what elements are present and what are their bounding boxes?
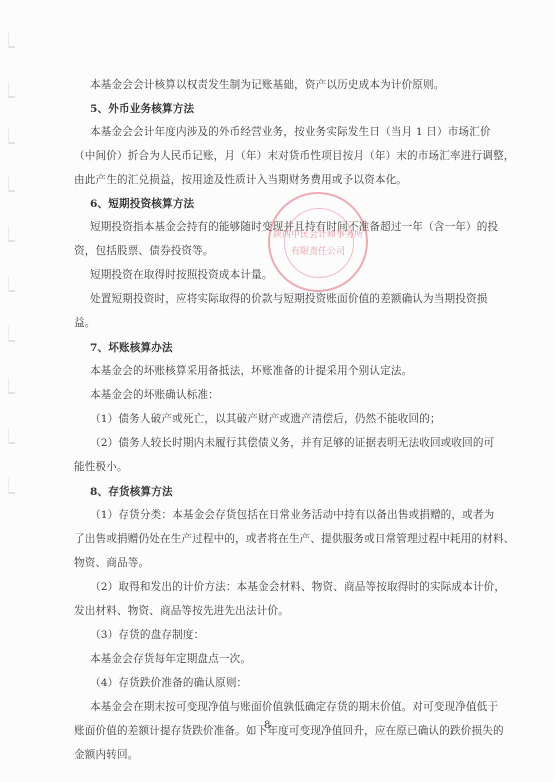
- paragraph-line: 本基金会存货每年定期盘点一次。: [90, 652, 251, 666]
- binder-mark: [8, 326, 15, 342]
- paragraph-line: 能性极小。: [74, 460, 128, 474]
- binder-mark: [8, 378, 15, 394]
- paragraph-line: （1）债务人破产或死亡，以其破产财产或遗产清偿后，仍然不能收回的；: [90, 412, 441, 426]
- paragraph-line: 物资、商品等。: [74, 556, 149, 570]
- binder-mark: [8, 128, 15, 144]
- binder-mark: [8, 82, 15, 98]
- paragraph-line: （2）债务人较长时期内未履行其偿债义务，并有足够的证据表明无法收回或收回的可: [90, 436, 494, 450]
- binder-mark: [8, 276, 15, 292]
- binder-mark: [8, 176, 15, 192]
- official-seal-stamp: 陕西中民会计师事务所 有限责任公司: [268, 192, 368, 292]
- section-heading: 7、坏账核算办法: [90, 341, 173, 355]
- paragraph-line: 益。: [74, 316, 96, 330]
- paragraph-line: 本基金会在期末按可变现净值与账面价值孰低确定存货的期末价值。对可变现净值低于: [90, 700, 498, 714]
- section-heading: 8、存货核算方法: [90, 485, 173, 499]
- seal-inner-ring: [284, 208, 354, 278]
- paragraph-line: 本基金会会计核算以权责发生制为记账基础，资产以历史成本为计价原则。: [90, 78, 445, 92]
- paragraph-line: 资，包括股票、债券投资等。: [74, 244, 214, 258]
- document-page: 本基金会会计核算以权责发生制为记账基础，资产以历史成本为计价原则。5、外币业务核…: [0, 0, 554, 782]
- section-heading: 6、短期投资核算方法: [90, 197, 194, 211]
- paragraph-line: （2）取得和发出的计价方法：本基金会材料、物资、商品等按取得时的实际成本计价，: [90, 580, 505, 594]
- paragraph-line: 由此产生的汇兑损益，按用途及性质计入当期财务费用或予以资本化。: [74, 173, 407, 187]
- binder-mark: [8, 428, 15, 444]
- paragraph-line: 了出售或捐赠仍处在生产过程中的，或者将在生产、提供服务或日常管理过程中耗用的材料…: [74, 532, 515, 546]
- paragraph-line: 本基金会会计年度内涉及的外币经营业务，按业务实际发生日（当月 1 日）市场汇价: [90, 125, 491, 139]
- seal-text-line1: 陕西中民会计师事务所: [270, 227, 366, 240]
- paragraph-line: 本基金会的坏账确认标准：: [90, 388, 219, 402]
- paragraph-line: 处置短期投资时，应将实际取得的价款与短期投资账面价值的差额确认为当期投资损: [90, 292, 488, 306]
- binder-mark: [8, 478, 15, 494]
- binder-mark: [8, 32, 15, 48]
- paragraph-line: （中间价）折合为人民币记账，月（年）末对货币性项目按月（年）末的市场汇率进行调整…: [74, 149, 515, 163]
- binder-mark: [8, 226, 15, 242]
- paragraph-line: （4）存货跌价准备的确认原则：: [90, 676, 247, 690]
- paragraph-line: 短期投资在取得时按照投资成本计量。: [90, 268, 273, 282]
- paragraph-line: 账面价值的差额计提存货跌价准备。如下年度可变现净值回升，应在原已确认的跌价损失的: [74, 724, 504, 738]
- paragraph-line: （1）存货分类：本基金会存货包括在日常业务活动中持有以备出售或捐赠的，或者为: [90, 508, 494, 522]
- paragraph-line: 发出材料、物资、商品等按先进先出法计价。: [74, 604, 289, 618]
- section-heading: 5、外币业务核算方法: [90, 102, 194, 116]
- paragraph-line: （3）存货的盘存制度：: [90, 628, 204, 642]
- paragraph-line: 金额内转回。: [74, 748, 138, 762]
- paragraph-line: 本基金会的坏账核算采用备抵法，坏账准备的计提采用个别认定法。: [90, 364, 412, 378]
- page-number: 8: [264, 720, 270, 731]
- seal-text-line2: 有限责任公司: [270, 244, 366, 257]
